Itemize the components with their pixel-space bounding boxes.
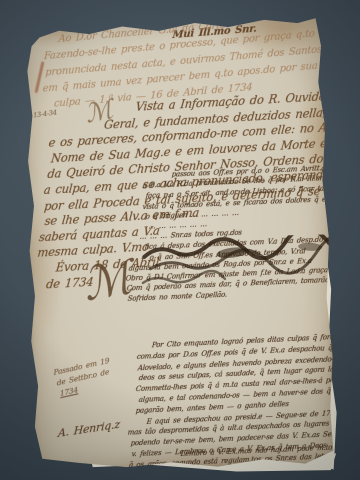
ink-scribble-crossout — [140, 234, 356, 297]
margin-note-passado: Passado em 19 de Settbr.o de 1734 — [53, 355, 112, 400]
photo-background: 13-4-34 Mui Ill.mo Snr. Ao D.or Chancell… — [0, 0, 360, 480]
signature-flourish: A. Henriq.z — [58, 418, 121, 440]
manuscript-paper: 13-4-34 Mui Ill.mo Snr. Ao D.or Chancell… — [23, 14, 336, 471]
